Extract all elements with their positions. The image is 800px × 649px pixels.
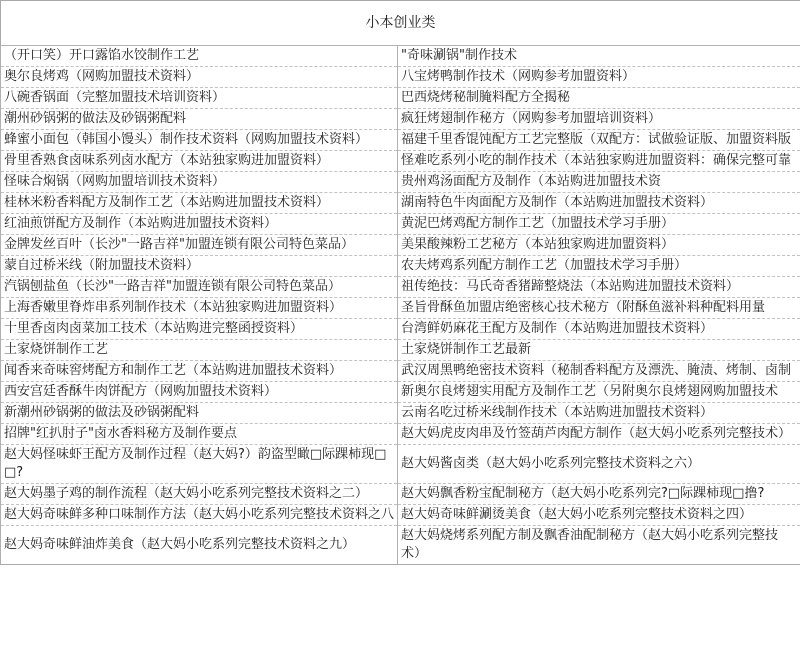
item-cell-right: 祖传绝技：马氏奇香猪蹄整烧法（本站购进加盟技术资料） bbox=[398, 277, 800, 298]
table-row: 蒙自过桥米线（附加盟技术资料）农夫烤鸡系列配方制作工艺（加盟技术学习手册） bbox=[1, 256, 800, 277]
item-cell-right: 新奥尔良烤翅实用配方及制作工艺（另附奥尔良烤翅网购加盟技术 bbox=[398, 382, 800, 403]
item-cell-right: "奇味涮锅"制作技术 bbox=[398, 46, 800, 67]
table-row: 赵大妈奇味鲜油炸美食（赵大妈小吃系列完整技术资料之九）赵大妈烧烤系列配方制及飘香… bbox=[1, 526, 800, 565]
item-cell-left: 赵大妈怪味虾王配方及制作过程（赵大妈?）韵盗型瞰□际踝柿现□□? bbox=[1, 445, 398, 484]
table-row: 赵大妈怪味虾王配方及制作过程（赵大妈?）韵盗型瞰□际踝柿现□□?赵大妈酱卤类（赵… bbox=[1, 445, 800, 484]
table-row: 奥尔良烤鸡（网购加盟技术资料）八宝烤鸭制作技术（网购参考加盟资料） bbox=[1, 67, 800, 88]
category-title: 小本创业类 bbox=[1, 1, 800, 46]
item-cell-right: 土家烧饼制作工艺最新 bbox=[398, 340, 800, 361]
item-cell-right: 贵州鸡汤面配方及制作（本站购进加盟技术资 bbox=[398, 172, 800, 193]
item-cell-right: 美果酸辣粉工艺秘方（本站独家购进加盟资料） bbox=[398, 235, 800, 256]
item-cell-right: 黄泥巴烤鸡配方制作工艺（加盟技术学习手册） bbox=[398, 214, 800, 235]
item-cell-left: 上海香嫩里脊炸串系列制作技术（本站独家购进加盟资料） bbox=[1, 298, 398, 319]
item-cell-left: 新潮州砂锅粥的做法及砂锅粥配料 bbox=[1, 403, 398, 424]
category-header-row: 小本创业类 bbox=[1, 1, 800, 46]
item-cell-left: 闻香来奇味窖烤配方和制作工艺（本站购进加盟技术资料） bbox=[1, 361, 398, 382]
item-cell-left: 赵大妈奇味鲜油炸美食（赵大妈小吃系列完整技术资料之九） bbox=[1, 526, 398, 565]
item-cell-right: 赵大妈奇味鲜涮烫美食（赵大妈小吃系列完整技术资料之四） bbox=[398, 505, 800, 526]
item-cell-left: 西安宫廷香酥牛肉饼配方（网购加盟技术资料） bbox=[1, 382, 398, 403]
items-body: （开口笑）开口露馅水饺制作工艺"奇味涮锅"制作技术奥尔良烤鸡（网购加盟技术资料）… bbox=[1, 46, 800, 565]
item-cell-right: 湖南特色牛肉面配方及制作（本站购进加盟技术资料） bbox=[398, 193, 800, 214]
item-cell-left: 赵大妈墨子鸡的制作流程（赵大妈小吃系列完整技术资料之二） bbox=[1, 484, 398, 505]
table-row: 新潮州砂锅粥的做法及砂锅粥配料云南名吃过桥米线制作技术（本站购进加盟技术资料） bbox=[1, 403, 800, 424]
table-row: （开口笑）开口露馅水饺制作工艺"奇味涮锅"制作技术 bbox=[1, 46, 800, 67]
table-row: 十里香卤肉卤菜加工技术（本站购进完整函授资料）台湾鲜奶麻花王配方及制作（本站购进… bbox=[1, 319, 800, 340]
item-cell-right: 赵大妈烧烤系列配方制及飘香油配制秘方（赵大妈小吃系列完整技术） bbox=[398, 526, 800, 565]
item-cell-right: 赵大妈飘香粉宝配制秘方（赵大妈小吃系列完?□际踝柿现□撸? bbox=[398, 484, 800, 505]
item-cell-left: 怪味合焖锅（网购加盟培训技术资料） bbox=[1, 172, 398, 193]
item-cell-left: 奥尔良烤鸡（网购加盟技术资料） bbox=[1, 67, 398, 88]
item-cell-right: 赵大妈虎皮肉串及竹签葫芦肉配方制作（赵大妈小吃系列完整技术） bbox=[398, 424, 800, 445]
table-row: 赵大妈墨子鸡的制作流程（赵大妈小吃系列完整技术资料之二）赵大妈飘香粉宝配制秘方（… bbox=[1, 484, 800, 505]
item-cell-left: 红油煎饼配方及制作（本站购进加盟技术资料） bbox=[1, 214, 398, 235]
item-cell-left: 骨里香熟食卤味系列卤水配方（本站独家购进加盟资料） bbox=[1, 151, 398, 172]
item-cell-right: 巴西烧烤秘制腌料配方全揭秘 bbox=[398, 88, 800, 109]
table-row: 怪味合焖锅（网购加盟培训技术资料）贵州鸡汤面配方及制作（本站购进加盟技术资 bbox=[1, 172, 800, 193]
table-row: 潮州砂锅粥的做法及砂锅粥配料疯狂烤翅制作秘方（网购参考加盟培训资料） bbox=[1, 109, 800, 130]
table-row: 蜂蜜小面包（韩国小馒头）制作技术资料（网购加盟技术资料）福建千里香馄饨配方工艺完… bbox=[1, 130, 800, 151]
table-row: 骨里香熟食卤味系列卤水配方（本站独家购进加盟资料）怪难吃系列小吃的制作技术（本站… bbox=[1, 151, 800, 172]
table-row: 八碗香锅面（完整加盟技术培训资料）巴西烧烤秘制腌料配方全揭秘 bbox=[1, 88, 800, 109]
item-cell-left: 桂林米粉香料配方及制作工艺（本站购进加盟技术资料） bbox=[1, 193, 398, 214]
item-cell-left: （开口笑）开口露馅水饺制作工艺 bbox=[1, 46, 398, 67]
item-cell-right: 八宝烤鸭制作技术（网购参考加盟资料） bbox=[398, 67, 800, 88]
table-row: 土家烧饼制作工艺土家烧饼制作工艺最新 bbox=[1, 340, 800, 361]
table-row: 上海香嫩里脊炸串系列制作技术（本站独家购进加盟资料）圣旨骨酥鱼加盟店绝密核心技术… bbox=[1, 298, 800, 319]
item-cell-left: 赵大妈奇味鲜多种口味制作方法（赵大妈小吃系列完整技术资料之八 bbox=[1, 505, 398, 526]
item-cell-right: 福建千里香馄饨配方工艺完整版（双配方：试做验证版、加盟资料版 bbox=[398, 130, 800, 151]
table-row: 汽锅刨盐鱼（长沙"一路吉祥"加盟连锁有限公司特色菜品）祖传绝技：马氏奇香猪蹄整烧… bbox=[1, 277, 800, 298]
table-row: 桂林米粉香料配方及制作工艺（本站购进加盟技术资料）湖南特色牛肉面配方及制作（本站… bbox=[1, 193, 800, 214]
table-row: 西安宫廷香酥牛肉饼配方（网购加盟技术资料）新奥尔良烤翅实用配方及制作工艺（另附奥… bbox=[1, 382, 800, 403]
item-cell-right: 疯狂烤翅制作秘方（网购参考加盟培训资料） bbox=[398, 109, 800, 130]
item-cell-left: 蒙自过桥米线（附加盟技术资料） bbox=[1, 256, 398, 277]
item-cell-left: 十里香卤肉卤菜加工技术（本站购进完整函授资料） bbox=[1, 319, 398, 340]
item-cell-right: 台湾鲜奶麻花王配方及制作（本站购进加盟技术资料） bbox=[398, 319, 800, 340]
table-row: 红油煎饼配方及制作（本站购进加盟技术资料）黄泥巴烤鸡配方制作工艺（加盟技术学习手… bbox=[1, 214, 800, 235]
item-cell-right: 赵大妈酱卤类（赵大妈小吃系列完整技术资料之六） bbox=[398, 445, 800, 484]
table-row: 闻香来奇味窖烤配方和制作工艺（本站购进加盟技术资料）武汉周黑鸭绝密技术资料（秘制… bbox=[1, 361, 800, 382]
item-cell-left: 金牌发丝百叶（长沙"一路吉祥"加盟连锁有限公司特色菜品） bbox=[1, 235, 398, 256]
table-row: 赵大妈奇味鲜多种口味制作方法（赵大妈小吃系列完整技术资料之八赵大妈奇味鲜涮烫美食… bbox=[1, 505, 800, 526]
item-cell-right: 怪难吃系列小吃的制作技术（本站独家购进加盟资料：确保完整可靠 bbox=[398, 151, 800, 172]
category-listing-table: 小本创业类 （开口笑）开口露馅水饺制作工艺"奇味涮锅"制作技术奥尔良烤鸡（网购加… bbox=[0, 0, 800, 565]
item-cell-left: 八碗香锅面（完整加盟技术培训资料） bbox=[1, 88, 398, 109]
item-cell-right: 云南名吃过桥米线制作技术（本站购进加盟技术资料） bbox=[398, 403, 800, 424]
item-cell-left: 招牌"红扒肘子"卤水香料秘方及制作要点 bbox=[1, 424, 398, 445]
table-row: 金牌发丝百叶（长沙"一路吉祥"加盟连锁有限公司特色菜品）美果酸辣粉工艺秘方（本站… bbox=[1, 235, 800, 256]
item-cell-left: 蜂蜜小面包（韩国小馒头）制作技术资料（网购加盟技术资料） bbox=[1, 130, 398, 151]
item-cell-left: 土家烧饼制作工艺 bbox=[1, 340, 398, 361]
table-row: 招牌"红扒肘子"卤水香料秘方及制作要点赵大妈虎皮肉串及竹签葫芦肉配方制作（赵大妈… bbox=[1, 424, 800, 445]
item-cell-left: 潮州砂锅粥的做法及砂锅粥配料 bbox=[1, 109, 398, 130]
item-cell-right: 武汉周黑鸭绝密技术资料（秘制香料配方及漂洗、腌渍、烤制、卤制 bbox=[398, 361, 800, 382]
item-cell-right: 农夫烤鸡系列配方制作工艺（加盟技术学习手册） bbox=[398, 256, 800, 277]
item-cell-right: 圣旨骨酥鱼加盟店绝密核心技术秘方（附酥鱼滋补料种配料用量 bbox=[398, 298, 800, 319]
item-cell-left: 汽锅刨盐鱼（长沙"一路吉祥"加盟连锁有限公司特色菜品） bbox=[1, 277, 398, 298]
